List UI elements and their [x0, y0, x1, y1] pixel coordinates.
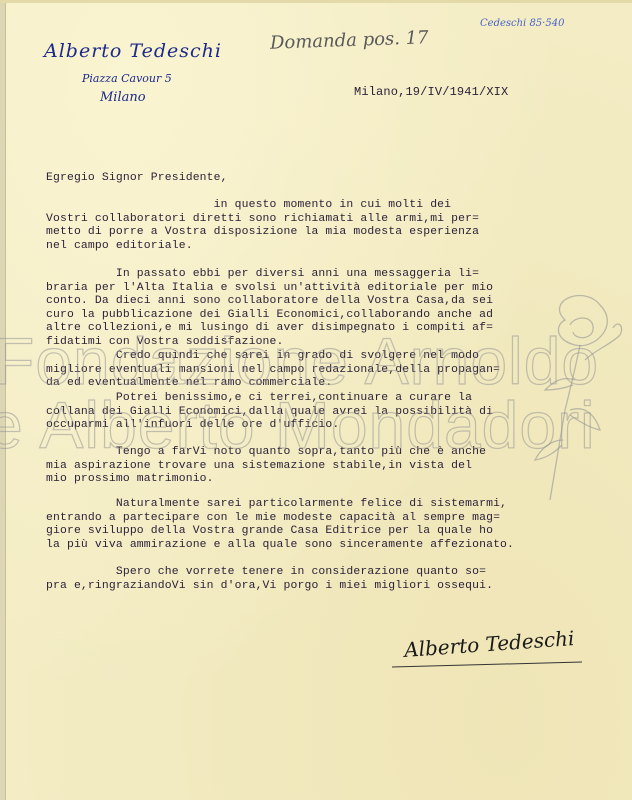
scan-top-edge	[0, 0, 632, 3]
rose-watermark-icon	[525, 290, 632, 510]
signature-underline	[392, 662, 582, 668]
salutation: Egregio Signor Presidente,	[46, 172, 228, 186]
dateline: Milano,19/IV/1941/XIX	[354, 86, 508, 100]
scan-left-edge	[0, 0, 6, 800]
pencil-annotation: Domanda pos. 17	[270, 27, 429, 54]
paragraph-4: Potrei benissimo,e ci terrei,continuare …	[46, 392, 493, 433]
paragraph-7: Spero che vorrete tenere in considerazio…	[46, 566, 493, 593]
paragraph-6: Naturalmente sarei particolarmente felic…	[46, 498, 514, 552]
letterhead-street: Piazza Cavour 5	[82, 72, 172, 85]
paragraph-3: Credo quindi che sarei in grado di svolg…	[46, 350, 500, 391]
letterhead-name: Alberto Tedeschi	[44, 40, 222, 62]
paragraph-5: Tengo a farVi noto quanto sopra,tanto pi…	[46, 446, 486, 487]
handwritten-signature: Alberto Tedeschi	[403, 626, 575, 662]
archive-reference: Cedeschi 85·540	[480, 18, 564, 29]
letterhead-city: Milano	[100, 90, 146, 105]
paragraph-2: In passato ebbi per diversi anni una mes…	[46, 268, 493, 350]
paragraph-1: in questo momento in cui molti dei Vostr…	[46, 199, 479, 253]
